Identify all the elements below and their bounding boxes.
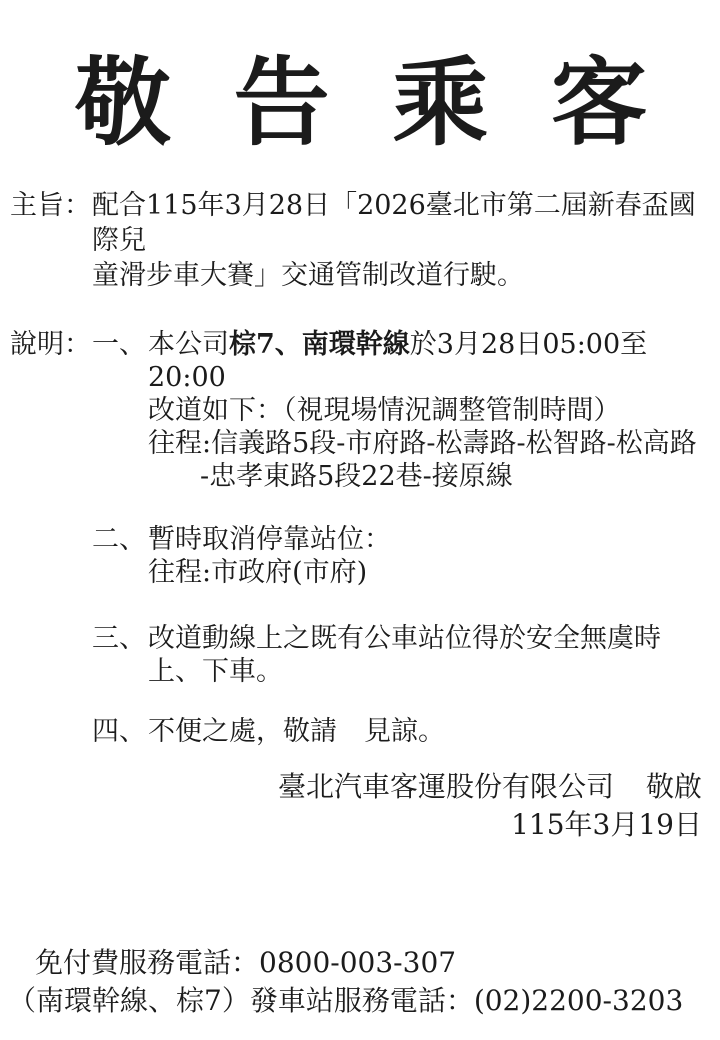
- item-4-number: 四、: [92, 715, 148, 748]
- item-2-number: 二、: [92, 523, 148, 556]
- item-4-text: 不便之處，敬請 見諒。: [148, 715, 718, 748]
- item-1-line-2: 改道如下：（視現場情況調整管制時間）: [10, 394, 718, 427]
- item-1-line-4-route: -忠孝東路5段22巷-接原線: [10, 460, 718, 493]
- explanation-section: 說明： 一、 本公司棕7、南環幹線於3月28日05:00至20:00 改道如下：…: [10, 328, 718, 748]
- item-1-text: 本公司棕7、南環幹線於3月28日05:00至20:00: [148, 328, 718, 394]
- closing-word: 敬啟: [646, 770, 702, 803]
- contact-footer: 免付費服務電話：0800-003-307 （南環幹線、棕7）發車站服務電話：(0…: [8, 944, 714, 1020]
- spacer: [10, 715, 92, 748]
- subject-line-1: 主旨： 配合115年3月28日「2026臺北市第二屆新春盃國際兒: [10, 188, 714, 258]
- subject-text-line-2: 童滑步車大賽」交通管制改道行駛。: [10, 258, 714, 293]
- item-2-line-2: 往程:市政府(市府): [10, 556, 718, 589]
- company-name: 臺北汽車客運股份有限公司: [278, 770, 614, 803]
- page-title: 敬 告 乘 客: [75, 48, 647, 158]
- explanation-label: 說明：: [10, 328, 92, 394]
- subject-label: 主旨：: [10, 188, 92, 258]
- item-4-line-1: 四、 不便之處，敬請 見諒。: [10, 715, 718, 748]
- item-3-line-2: 上、下車。: [10, 655, 718, 688]
- explanation-item-3: 三、 改道動線上之既有公車站位得於安全無虞時 上、下車。: [10, 622, 718, 688]
- title-char-2: 告: [234, 48, 330, 158]
- item-3-text: 改道動線上之既有公車站位得於安全無虞時: [148, 622, 718, 655]
- subject-section: 主旨： 配合115年3月28日「2026臺北市第二屆新春盃國際兒 童滑步車大賽」…: [10, 188, 714, 293]
- title-char-1: 敬: [75, 48, 171, 158]
- spacer: [10, 622, 92, 655]
- depot-phone-line: （南環幹線、棕7）發車站服務電話：(02)2200-3203: [8, 982, 714, 1020]
- explanation-item-4: 四、 不便之處，敬請 見諒。: [10, 715, 718, 748]
- item-1-text-prefix: 本公司: [148, 329, 229, 360]
- title-char-4: 客: [551, 48, 647, 158]
- toll-free-phone-line: 免付費服務電話：0800-003-307: [8, 944, 714, 982]
- item-1-line-3-route: 往程:信義路5段-市府路-松壽路-松智路-松高路: [10, 427, 718, 460]
- item-1-line-1: 說明： 一、 本公司棕7、南環幹線於3月28日05:00至20:00: [10, 328, 718, 394]
- route-names-bold: 棕7、南環幹線: [229, 329, 410, 360]
- item-3-number: 三、: [92, 622, 148, 655]
- subject-text-line-1: 配合115年3月28日「2026臺北市第二屆新春盃國際兒: [92, 188, 714, 258]
- company-line: 臺北汽車客運股份有限公司敬啟: [278, 768, 702, 806]
- title-char-3: 乘: [392, 48, 488, 158]
- signature-block: 臺北汽車客運股份有限公司敬啟 115年3月19日: [278, 768, 702, 844]
- item-2-text: 暫時取消停靠站位：: [148, 523, 718, 556]
- item-2-line-1: 二、 暫時取消停靠站位：: [10, 523, 718, 556]
- explanation-item-1: 說明： 一、 本公司棕7、南環幹線於3月28日05:00至20:00 改道如下：…: [10, 328, 718, 493]
- explanation-item-2: 二、 暫時取消停靠站位： 往程:市政府(市府): [10, 523, 718, 589]
- notice-date: 115年3月19日: [278, 806, 702, 844]
- item-1-number: 一、: [92, 328, 148, 394]
- item-3-line-1: 三、 改道動線上之既有公車站位得於安全無虞時: [10, 622, 718, 655]
- passenger-notice-page: 敬 告 乘 客 主旨： 配合115年3月28日「2026臺北市第二屆新春盃國際兒…: [0, 0, 720, 1040]
- spacer: [10, 523, 92, 556]
